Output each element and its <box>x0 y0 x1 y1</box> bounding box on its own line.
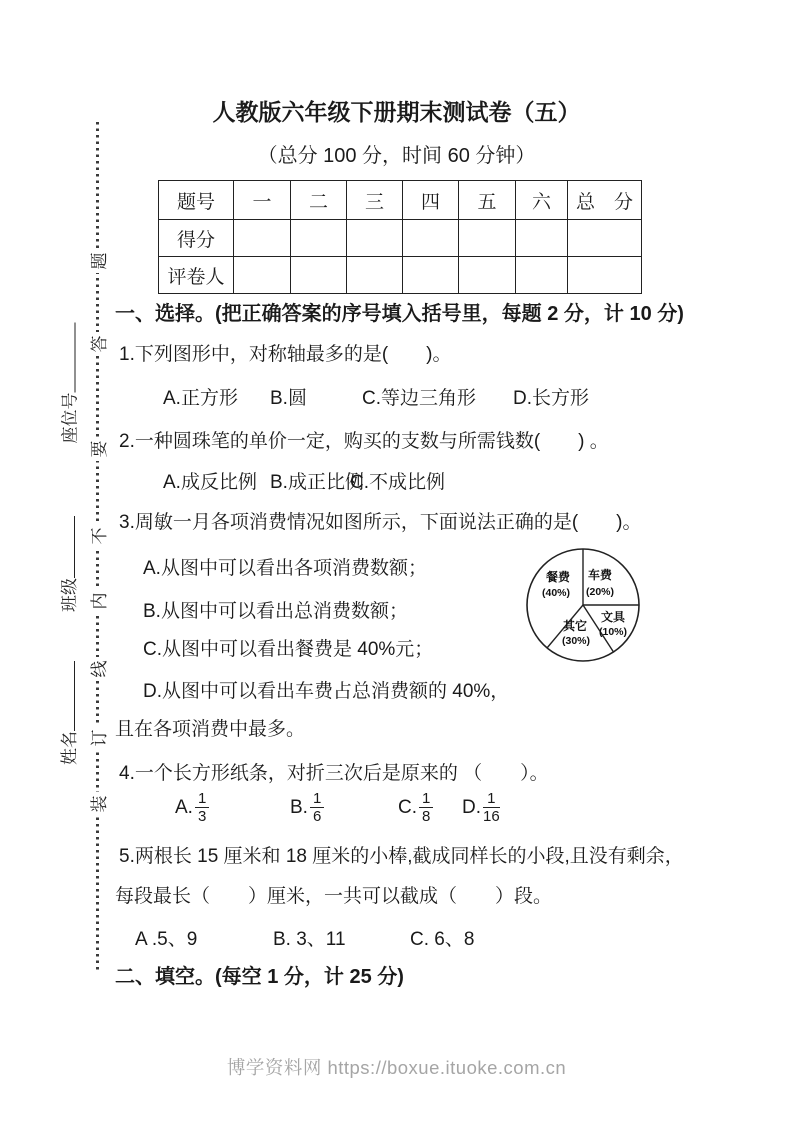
score-cell-empty <box>459 257 516 294</box>
fraction-denominator: 8 <box>419 808 433 825</box>
binding-char: 题 <box>85 249 109 273</box>
exam-paper-page: 题 答 要 不 内 线 订 装 座位号 班级 姓名 人教版六年级下册期末测试卷（… <box>0 0 793 1122</box>
q4-option-a: A. 13 <box>175 790 209 825</box>
binding-char: 要 <box>85 437 109 461</box>
fraction: 116 <box>483 790 500 825</box>
question-3: 3.周敏一月各项消费情况如图所示，下面说法正确的是( )。 <box>119 512 642 534</box>
binding-char: 不 <box>85 524 109 548</box>
pie-chart: 餐费 (40%) 车费 (20%) 文具 (10%) 其它 (30%) <box>522 543 644 667</box>
q1-option-d: D.长方形 <box>513 388 589 410</box>
q5-option-a: A .5、9 <box>135 929 197 951</box>
score-cell-empty <box>516 220 568 257</box>
field-name-label: 姓名 <box>55 731 80 765</box>
q4-option-b: B. 16 <box>290 790 324 825</box>
page-title: 人教版六年级下册期末测试卷（五） <box>0 101 793 123</box>
q4-option-c-letter: C. <box>398 797 417 819</box>
q3-option-d-line2: 且在各项消费中最多。 <box>115 719 305 741</box>
score-cell-empty <box>234 257 291 294</box>
score-header-cell: 总 分 <box>568 181 642 220</box>
score-header-cell: 五 <box>459 181 516 220</box>
page-subtitle: （总分 100 分，时间 60 分钟） <box>0 145 793 167</box>
score-table-header-row: 题号 一 二 三 四 五 六 总 分 <box>159 181 642 220</box>
binding-char: 装 <box>85 792 109 816</box>
fraction-numerator: 1 <box>483 790 500 808</box>
score-cell-empty <box>459 220 516 257</box>
pie-pct-wenju: (10%) <box>599 626 627 638</box>
pie-label-qita: 其它 <box>563 618 587 633</box>
pie-pct-qita: (30%) <box>562 635 590 647</box>
q1-option-a: A.正方形 <box>163 388 238 410</box>
q4-option-d: D. 116 <box>462 790 500 825</box>
fraction-denominator: 3 <box>195 808 209 825</box>
score-cell-empty <box>516 257 568 294</box>
question-2: 2.一种圆珠笔的单价一定，购买的支数与所需钱数( ) 。 <box>119 431 609 453</box>
q3-option-b: B.从图中可以看出总消费数额； <box>143 601 408 623</box>
q4-option-c: C. 18 <box>398 790 433 825</box>
q4-option-b-letter: B. <box>290 797 308 819</box>
score-header-cell: 题号 <box>159 181 234 220</box>
binding-char: 线 <box>85 657 109 681</box>
pie-pct-chefei: (20%) <box>586 586 614 598</box>
fraction: 13 <box>195 790 209 825</box>
score-header-cell: 六 <box>516 181 568 220</box>
section-1-heading: 一、选择。(把正确答案的序号填入括号里，每题 2 分，计 10 分) <box>115 303 684 325</box>
fraction-denominator: 16 <box>483 808 500 825</box>
field-class-line <box>60 516 75 578</box>
score-cell-empty <box>568 220 642 257</box>
score-cell-empty <box>291 220 347 257</box>
binding-char: 内 <box>85 589 109 613</box>
score-cell-empty <box>291 257 347 294</box>
score-header-cell: 三 <box>347 181 403 220</box>
score-cell-empty <box>347 220 403 257</box>
pie-label-canfei: 餐费 <box>545 569 571 584</box>
section-2-heading: 二、填空。(每空 1 分，计 25 分) <box>115 966 404 988</box>
fraction-numerator: 1 <box>195 790 209 808</box>
pie-pct-canfei: (40%) <box>542 587 570 599</box>
grader-row: 评卷人 <box>159 257 642 294</box>
q3-option-d: D.从图中可以看出车费占总消费额的 40%， <box>143 681 509 703</box>
score-row-label: 评卷人 <box>159 257 234 294</box>
q2-option-c: C.不成比例 <box>350 472 445 494</box>
score-header-cell: 一 <box>234 181 291 220</box>
score-row-label: 得分 <box>159 220 234 257</box>
fraction-numerator: 1 <box>419 790 433 808</box>
q5-option-b: B. 3、11 <box>273 929 346 951</box>
score-table: 题号 一 二 三 四 五 六 总 分 得分 评卷人 <box>158 180 642 294</box>
field-name-line <box>60 661 75 731</box>
binding-char: 答 <box>85 332 109 356</box>
pie-label-chefei: 车费 <box>588 567 613 582</box>
q1-option-c: C.等边三角形 <box>362 388 476 410</box>
question-5-line2: 每段最长（ ）厘米，一共可以截成（ ）段。 <box>115 886 552 908</box>
field-class: 班级 <box>55 500 77 612</box>
q5-option-c: C. 6、8 <box>410 929 474 951</box>
field-name: 姓名 <box>55 645 77 765</box>
score-cell-empty <box>234 220 291 257</box>
q3-option-c: C.从图中可以看出餐费是 40%元； <box>143 639 433 661</box>
score-row: 得分 <box>159 220 642 257</box>
field-class-label: 班级 <box>55 578 80 612</box>
question-4: 4.一个长方形纸条，对折三次后是原来的 （ ）。 <box>119 763 549 785</box>
field-seat-number: 座位号 <box>56 309 78 444</box>
fraction: 16 <box>310 790 324 825</box>
fraction-numerator: 1 <box>310 790 324 808</box>
field-seat-number-line <box>61 323 76 393</box>
score-cell-empty <box>568 257 642 294</box>
footer-site-link[interactable]: 博学资料网 https://boxue.ituoke.com.cn <box>0 1054 793 1080</box>
binding-char: 订 <box>85 726 109 750</box>
fraction-denominator: 6 <box>310 808 324 825</box>
q2-option-a: A.成反比例 <box>163 472 257 494</box>
score-cell-empty <box>403 220 459 257</box>
q4-option-a-letter: A. <box>175 797 193 819</box>
score-header-cell: 二 <box>291 181 347 220</box>
q4-option-d-letter: D. <box>462 797 481 819</box>
fraction: 18 <box>419 790 433 825</box>
question-5: 5.两根长 15 厘米和 18 厘米的小棒,截成同样长的小段,且没有剩余， <box>119 846 684 868</box>
field-seat-number-label: 座位号 <box>56 393 81 444</box>
pie-label-wenju: 文具 <box>601 609 626 624</box>
score-cell-empty <box>403 257 459 294</box>
score-header-cell: 四 <box>403 181 459 220</box>
q1-option-b: B.圆 <box>270 388 307 410</box>
score-cell-empty <box>347 257 403 294</box>
q3-option-a: A.从图中可以看出各项消费数额； <box>143 558 427 580</box>
question-1: 1.下列图形中，对称轴最多的是( )。 <box>119 344 452 366</box>
